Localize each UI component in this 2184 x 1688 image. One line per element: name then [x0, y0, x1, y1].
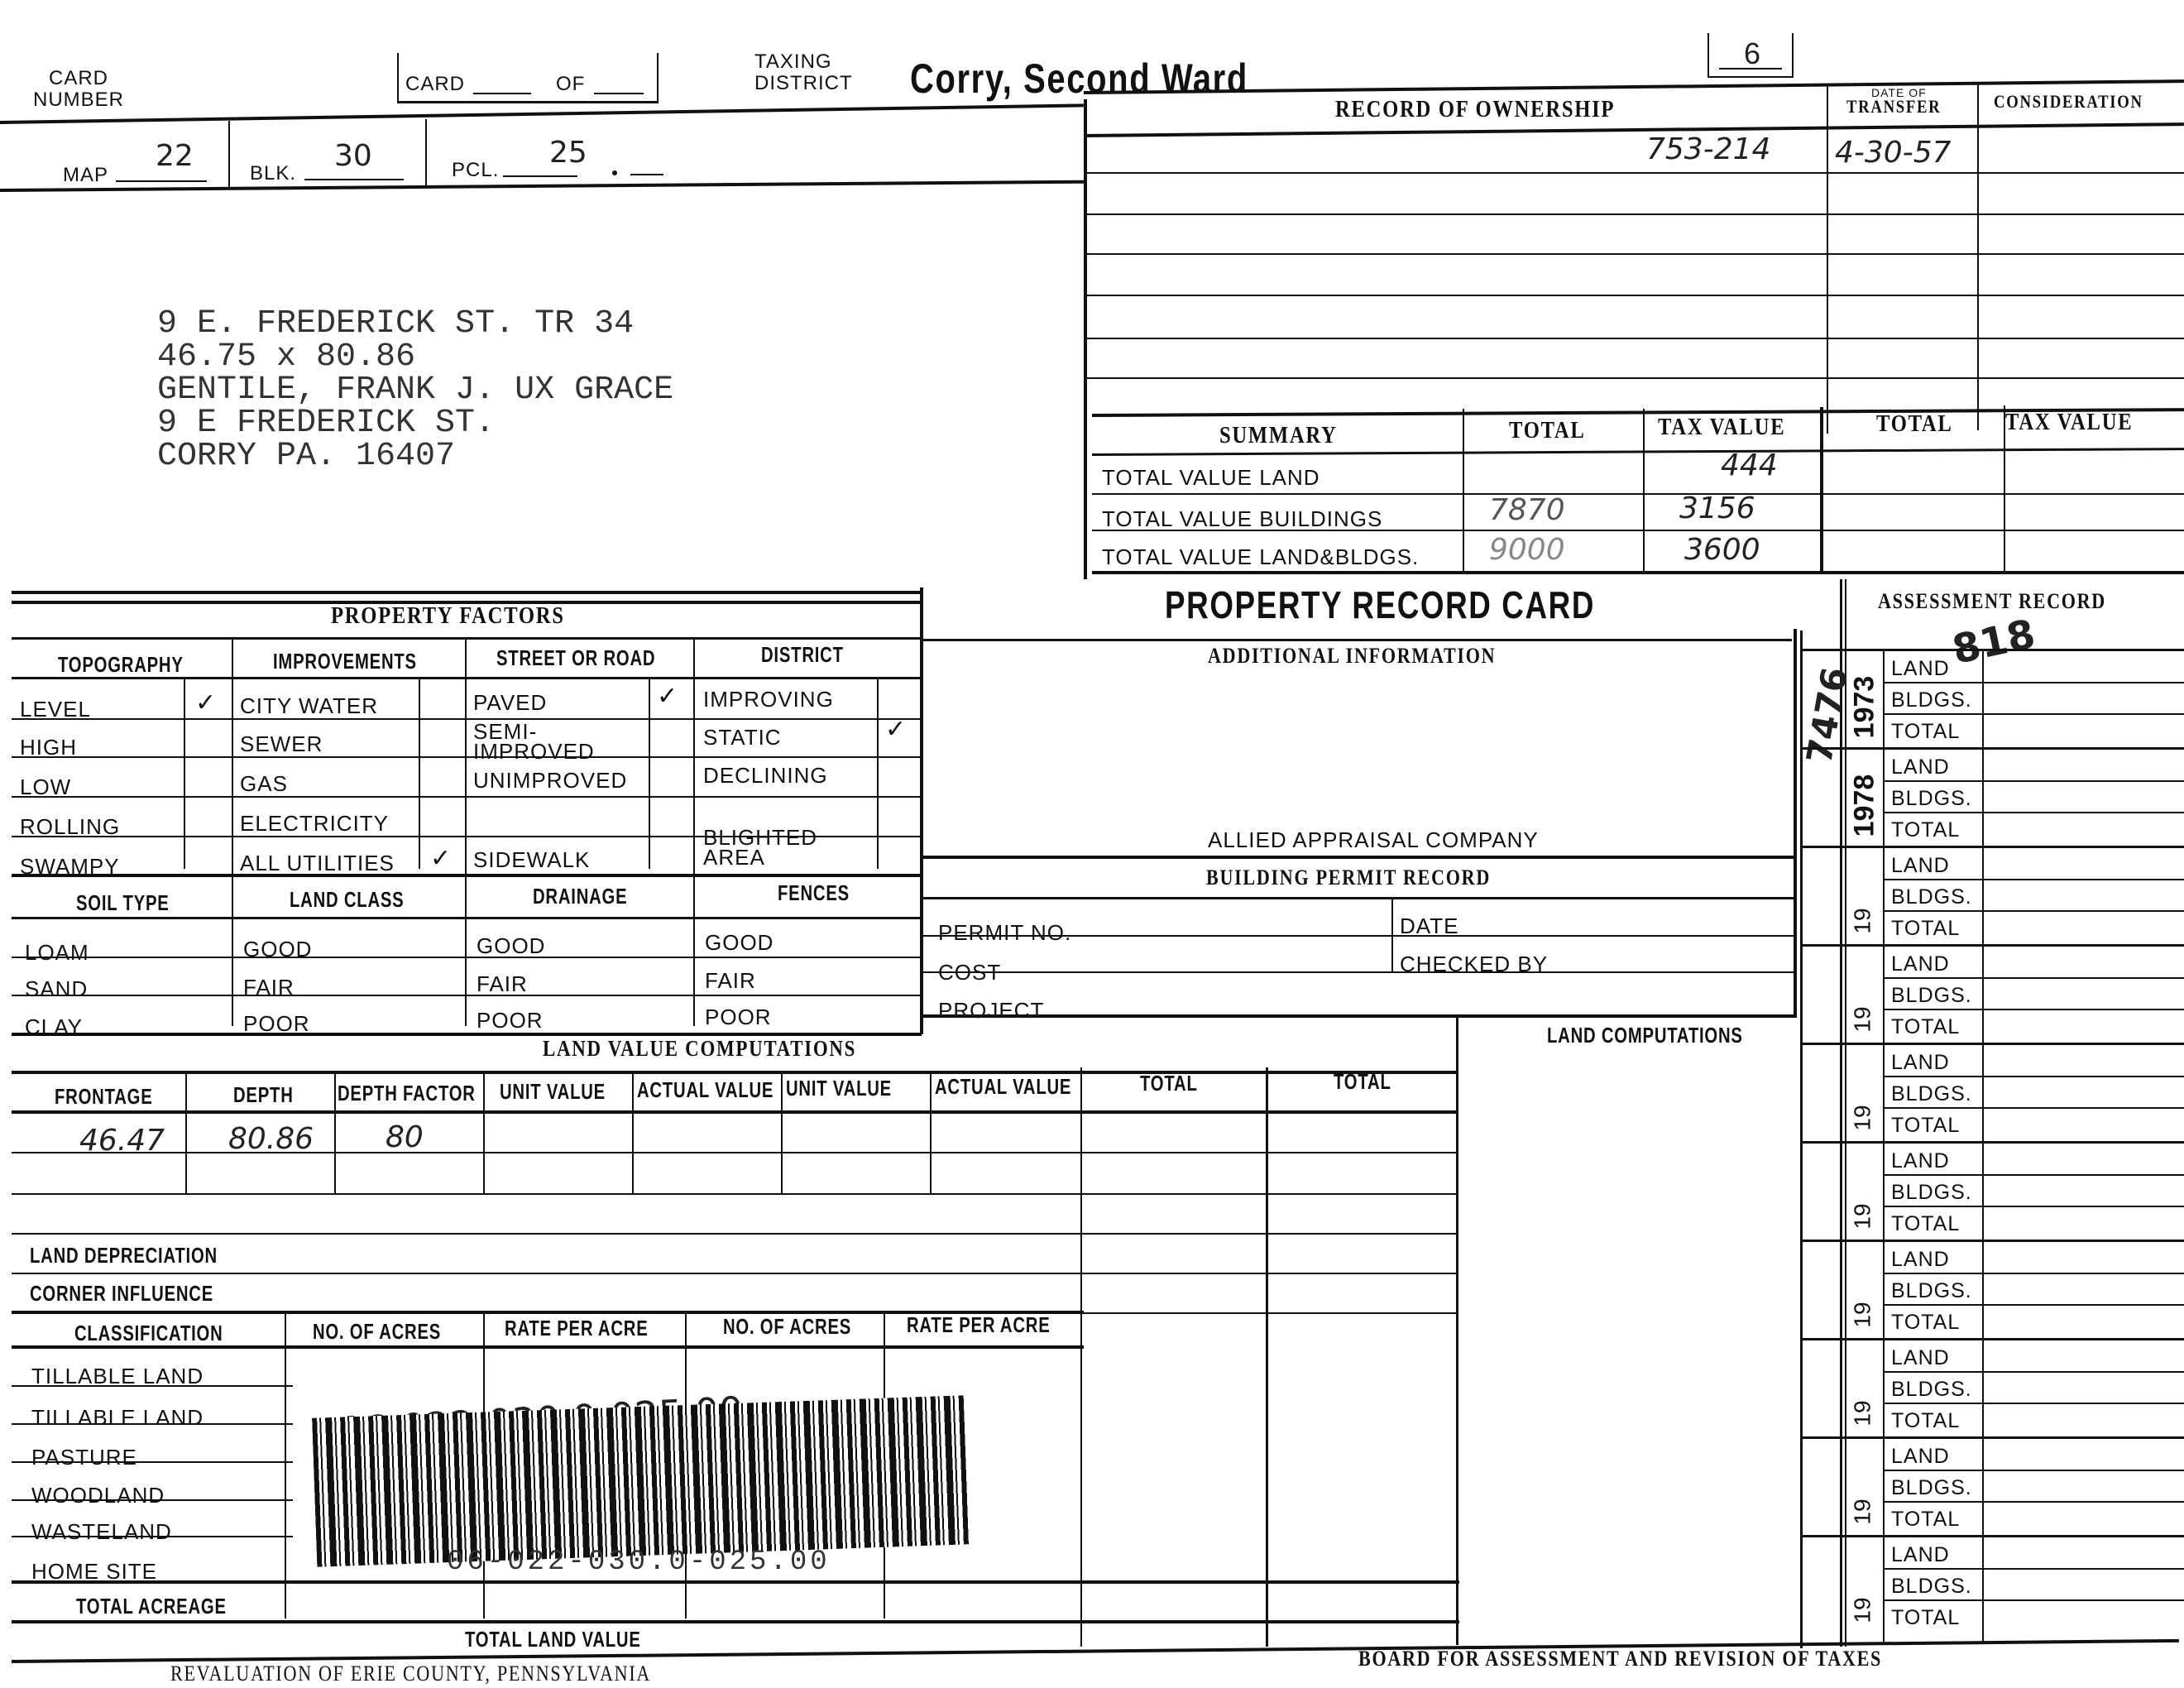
- map-value: 22: [156, 139, 194, 173]
- land-class-header: LAND CLASS: [290, 887, 404, 913]
- assessment-row-label: TOTAL: [1891, 1508, 1960, 1532]
- appraiser-name: ALLIED APPRAISAL COMPANY: [1208, 827, 1539, 853]
- topography-high[interactable]: HIGH: [20, 735, 77, 760]
- lot-dimensions: 46.75 x 80.86: [157, 341, 415, 374]
- total-acreage-label: TOTAL ACREAGE: [76, 1594, 227, 1619]
- additional-info-title: ADDITIONAL INFORMATION: [1208, 644, 1496, 669]
- topography-rolling[interactable]: ROLLING: [20, 814, 120, 840]
- consideration-label: CONSIDERATION: [1994, 91, 2143, 113]
- col-frontage: FRONTAGE: [55, 1084, 153, 1110]
- side-stamp: 7476: [1798, 664, 1856, 767]
- soil-sand[interactable]: SAND: [25, 976, 88, 1002]
- city-state-zip: CORRY PA. 16407: [157, 440, 455, 473]
- land-class-poor[interactable]: POOR: [243, 1011, 310, 1037]
- assessment-row-label: TOTAL: [1891, 1212, 1960, 1236]
- col-classification: CLASSIFICATION: [74, 1321, 223, 1346]
- ownership-title: RECORD OF OWNERSHIP: [1335, 96, 1615, 123]
- acreage-row: WOODLAND: [31, 1483, 165, 1508]
- assessment-year: 19: [1850, 1105, 1876, 1130]
- card-number-label: CARD NUMBER: [33, 68, 124, 111]
- district-blighted-area[interactable]: BLIGHTED AREA: [703, 827, 869, 867]
- improvement-all-utilities[interactable]: ALL UTILITIES: [240, 851, 395, 876]
- district-static[interactable]: STATIC: [703, 725, 782, 750]
- drainage-header: DRAINAGE: [533, 884, 627, 909]
- check-icon[interactable]: ✓: [885, 715, 906, 744]
- acreage-row: WASTELAND: [31, 1519, 172, 1545]
- district-header: DISTRICT: [761, 642, 844, 668]
- col-rate-per-acre: RATE PER ACRE: [505, 1316, 649, 1341]
- land-value-title: LAND VALUE COMPUTATIONS: [543, 1036, 856, 1062]
- building-permit-title: BUILDING PERMIT RECORD: [1206, 866, 1491, 890]
- check-icon[interactable]: ✓: [430, 844, 451, 873]
- improvements-header: IMPROVEMENTS: [273, 649, 417, 674]
- assessment-row-label: LAND: [1891, 1445, 1950, 1469]
- improvement-sewer[interactable]: SEWER: [240, 731, 323, 757]
- land-computations-title: LAND COMPUTATIONS: [1547, 1023, 1743, 1048]
- col-unit-value: UNIT VALUE: [500, 1079, 606, 1105]
- assessment-row-label: LAND: [1891, 1346, 1950, 1370]
- col-rate-per-acre-2: RATE PER ACRE: [907, 1312, 1051, 1338]
- assessment-row-label: LAND: [1891, 657, 1950, 681]
- drainage-good[interactable]: GOOD: [477, 933, 545, 959]
- pcl-value: 25: [549, 136, 587, 170]
- form-title: PROPERTY RECORD CARD: [1165, 583, 1595, 627]
- barcode-icon: [312, 1395, 970, 1566]
- land-class-good[interactable]: GOOD: [243, 937, 312, 962]
- land-bldgs-tax-value: 3600: [1684, 533, 1760, 567]
- of-label: OF: [556, 73, 585, 96]
- land-depreciation-label: LAND DEPRECIATION: [30, 1243, 218, 1268]
- footer-right: BOARD FOR ASSESSMENT AND REVISION OF TAX…: [1358, 1647, 1882, 1671]
- col-depth-factor: DEPTH FACTOR: [338, 1081, 476, 1106]
- col-no-of-acres-2: NO. OF ACRES: [723, 1314, 851, 1340]
- taxing-district-label: TAXING DISTRICT: [754, 51, 862, 94]
- map-label: MAP: [63, 164, 108, 187]
- frontage-value: 46.47: [79, 1124, 165, 1158]
- check-icon[interactable]: ✓: [195, 688, 216, 717]
- street-header: STREET OR ROAD: [496, 645, 655, 671]
- summary-col-total: TOTAL: [1509, 417, 1586, 444]
- col-total-2: TOTAL: [1334, 1069, 1391, 1095]
- assessment-row-label: LAND: [1891, 854, 1950, 878]
- printed-parcel-id: 06-022-030.0-025.00: [447, 1546, 831, 1579]
- assessment-row-label: LAND: [1891, 755, 1950, 779]
- summary-col-total-2: TOTAL: [1876, 410, 1953, 438]
- assessment-year: 19: [1850, 1006, 1876, 1032]
- col-unit-value-2: UNIT VALUE: [786, 1076, 892, 1101]
- assessment-year: 19: [1850, 1203, 1876, 1229]
- land-bldgs-total: 9000: [1489, 533, 1565, 567]
- deed-book-page: 753-214: [1646, 132, 1770, 166]
- fences-good[interactable]: GOOD: [705, 930, 773, 956]
- col-actual-value: ACTUAL VALUE: [637, 1077, 773, 1103]
- summary-col-tax-value: TAX VALUE: [1658, 414, 1785, 441]
- property-factors-title: PROPERTY FACTORS: [331, 602, 565, 630]
- depth-factor-value: 80: [386, 1120, 424, 1154]
- summary-title: SUMMARY: [1219, 422, 1337, 449]
- fences-poor[interactable]: POOR: [705, 1005, 772, 1030]
- acreage-row: PASTURE: [31, 1445, 137, 1470]
- street-paved[interactable]: PAVED: [473, 690, 547, 716]
- owner-name: GENTILE, FRANK J. UX GRACE: [157, 374, 673, 407]
- assessment-row-label: LAND: [1891, 1543, 1950, 1567]
- col-total: TOTAL: [1140, 1071, 1198, 1096]
- fences-header: FENCES: [778, 880, 850, 906]
- assessment-row-label: TOTAL: [1891, 818, 1960, 842]
- assessment-year: 19: [1850, 908, 1876, 933]
- topography-header: TOPOGRAPHY: [58, 652, 184, 678]
- assessment-row-label: TOTAL: [1891, 917, 1960, 941]
- footer-left: REVALUATION OF ERIE COUNTY, PENNSYLVANIA: [170, 1662, 651, 1686]
- depth-value: 80.86: [228, 1122, 314, 1156]
- assessment-row-label: BLDGS.: [1891, 885, 1972, 909]
- topography-low[interactable]: LOW: [20, 774, 71, 800]
- permit-date-label: DATE: [1400, 914, 1458, 939]
- assessment-row-label: BLDGS.: [1891, 1181, 1972, 1205]
- street-semi-improved[interactable]: SEMI-IMPROVED: [473, 722, 647, 761]
- boxed-number: 6: [1707, 33, 1794, 78]
- acreage-row: TILLABLE LAND: [31, 1405, 204, 1431]
- address-line-1: 9 E. FREDERICK ST. TR 34: [157, 308, 634, 341]
- assessment-row-label: LAND: [1891, 1248, 1950, 1272]
- total-land-value-label: TOTAL LAND VALUE: [465, 1627, 641, 1652]
- street-sidewalk[interactable]: SIDEWALK: [473, 847, 590, 873]
- street-unimproved[interactable]: UNIMPROVED: [473, 768, 627, 794]
- improvement-electricity[interactable]: ELECTRICITY: [240, 811, 389, 837]
- topography-level[interactable]: LEVEL: [20, 697, 91, 722]
- col-depth: DEPTH: [233, 1082, 294, 1108]
- assessment-year: 19: [1850, 1499, 1876, 1524]
- card-label: CARD: [405, 73, 465, 96]
- improvement-city-water[interactable]: CITY WATER: [240, 693, 378, 719]
- assessment-row-label: LAND: [1891, 952, 1950, 976]
- transfer-date: 4-30-57: [1835, 136, 1952, 170]
- assessment-title: ASSESSMENT RECORD: [1878, 589, 2106, 614]
- assessment-year: 19: [1850, 1597, 1876, 1623]
- assessment-year: 19: [1850, 1400, 1876, 1426]
- blk-label: BLK.: [250, 162, 296, 185]
- summary-col-tax-value-2: TAX VALUE: [2005, 409, 2133, 436]
- assessment-stamp: 818: [1948, 611, 2039, 674]
- assessment-year: 1973: [1848, 676, 1880, 739]
- assessment-row-label: LAND: [1891, 1149, 1950, 1173]
- blk-value: 30: [334, 139, 372, 173]
- assessment-row-label: LAND: [1891, 1051, 1950, 1075]
- drainage-fair[interactable]: FAIR: [477, 971, 528, 997]
- land-class-fair[interactable]: FAIR: [243, 975, 295, 1000]
- mailing-address: 9 E FREDERICK ST.: [157, 407, 495, 440]
- assessment-year: 19: [1850, 1302, 1876, 1327]
- assessment-year: 1978: [1848, 774, 1880, 837]
- soil-loam[interactable]: LOAM: [25, 940, 89, 966]
- soil-clay[interactable]: CLAY: [25, 1014, 83, 1040]
- permit-no-label: PERMIT NO.: [938, 920, 1071, 946]
- taxing-district-stamp: Corry, Second Ward: [910, 55, 1248, 103]
- assessment-row-label: BLDGS.: [1891, 1378, 1972, 1402]
- buildings-tax-value: 3156: [1679, 492, 1755, 525]
- assessment-row-label: BLDGS.: [1891, 1279, 1972, 1303]
- assessment-row-label: BLDGS.: [1891, 1082, 1972, 1106]
- fences-fair[interactable]: FAIR: [705, 968, 756, 994]
- drainage-poor[interactable]: POOR: [477, 1008, 544, 1033]
- land-tax-value: 444: [1721, 448, 1778, 482]
- project-label: PROJECT: [938, 998, 1044, 1024]
- card-of-box: CARD OF: [397, 53, 659, 103]
- col-actual-value-2: ACTUAL VALUE: [935, 1074, 1071, 1100]
- cost-label: COST: [938, 960, 1001, 985]
- assessment-row-label: TOTAL: [1891, 720, 1960, 744]
- assessment-row-label: TOTAL: [1891, 1606, 1960, 1630]
- checked-by-label: CHECKED BY: [1400, 952, 1548, 977]
- district-declining[interactable]: DECLINING: [703, 763, 828, 789]
- improvement-gas[interactable]: GAS: [240, 771, 288, 797]
- check-icon[interactable]: ✓: [657, 682, 678, 711]
- assessment-row-label: BLDGS.: [1891, 1476, 1972, 1500]
- assessment-row-label: TOTAL: [1891, 1311, 1960, 1335]
- soil-type-header: SOIL TYPE: [76, 890, 170, 916]
- corner-influence-label: CORNER INFLUENCE: [30, 1281, 213, 1307]
- buildings-total: 7870: [1489, 493, 1565, 527]
- pcl-label: PCL.: [452, 159, 499, 182]
- col-no-of-acres: NO. OF ACRES: [313, 1319, 441, 1345]
- topography-swampy[interactable]: SWAMPY: [20, 854, 120, 880]
- assessment-row-label: TOTAL: [1891, 1015, 1960, 1039]
- district-improving[interactable]: IMPROVING: [703, 687, 834, 712]
- transfer-label: TRANSFER: [1846, 96, 1941, 117]
- assessment-row-label: BLDGS.: [1891, 688, 1972, 712]
- assessment-row-label: TOTAL: [1891, 1409, 1960, 1433]
- assessment-row-label: BLDGS.: [1891, 984, 1972, 1008]
- assessment-row-label: BLDGS.: [1891, 1575, 1972, 1599]
- assessment-row-label: TOTAL: [1891, 1114, 1960, 1138]
- assessment-row-label: BLDGS.: [1891, 787, 1972, 811]
